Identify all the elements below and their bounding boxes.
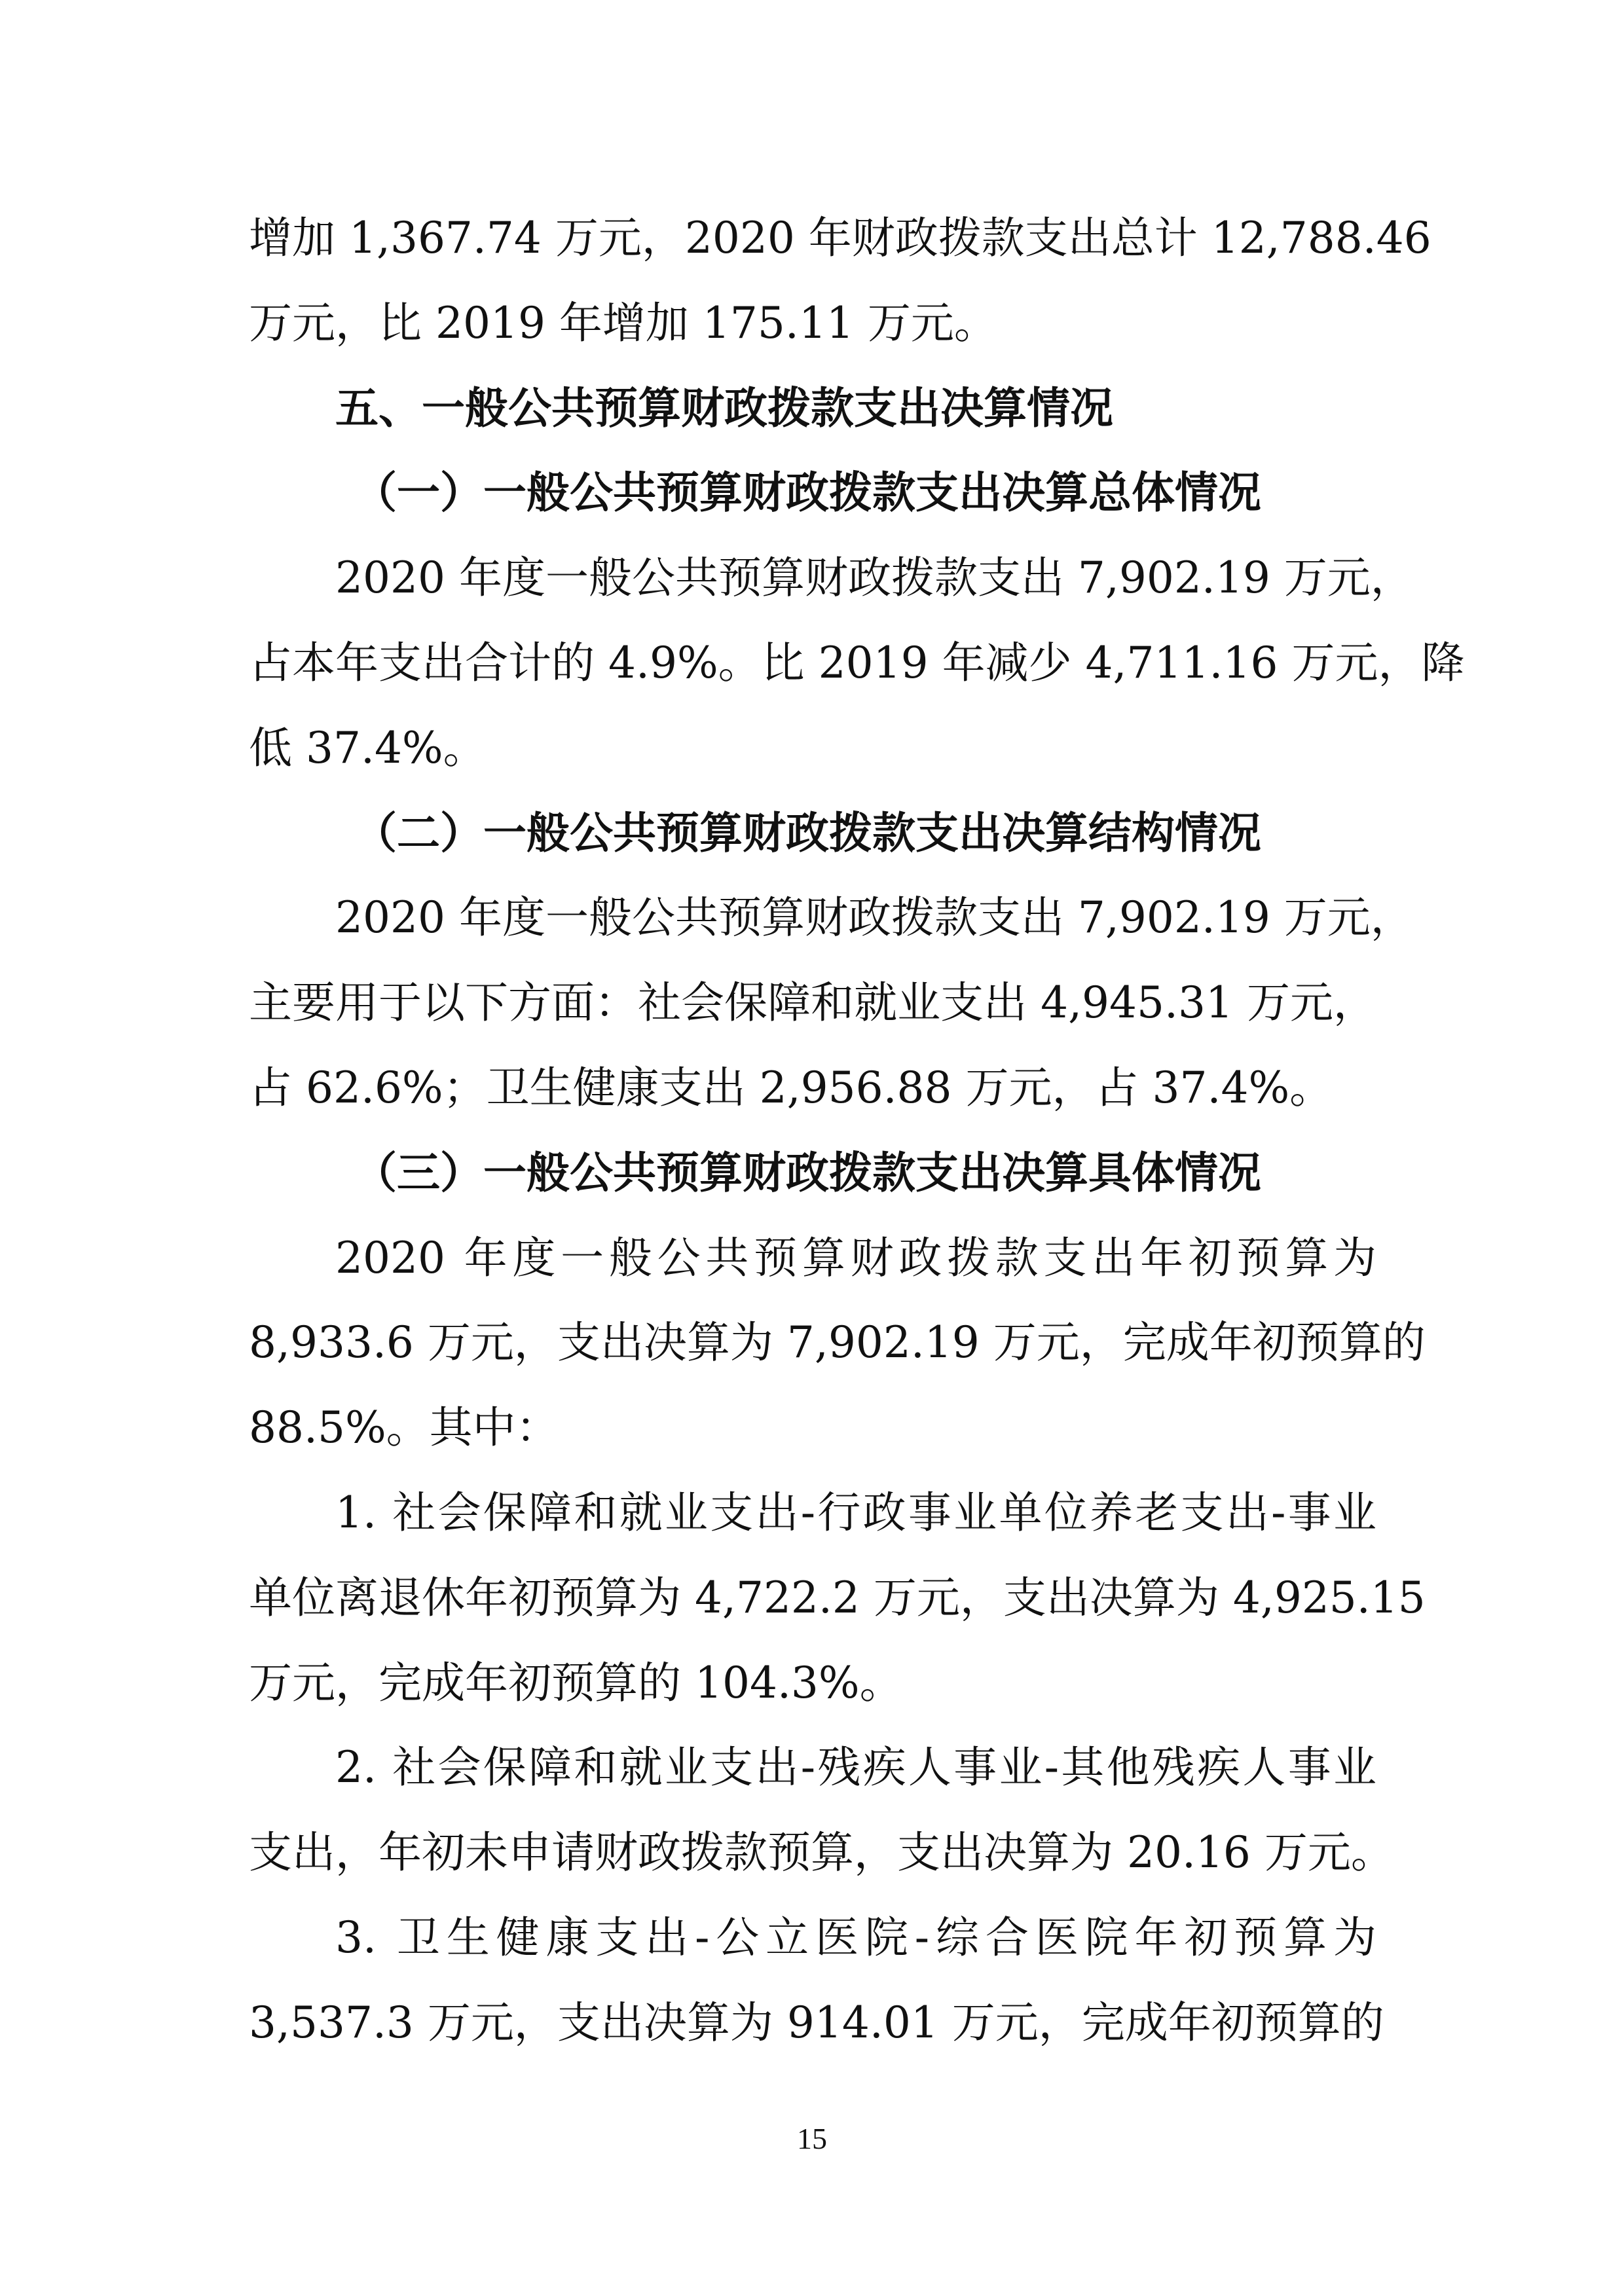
paragraph-line: 增加 1,367.74 万元，2020 年财政拨款支出总计 12,788.46 — [249, 196, 1376, 281]
section-heading: 五、一般公共预算财政拨款支出决算情况 — [249, 366, 1376, 451]
list-item-line: 万元，完成年初预算的 104.3%。 — [249, 1641, 1376, 1726]
paragraph-line: 2020 年度一般公共预算财政拨款支出 7,902.19 万元， — [249, 875, 1376, 960]
document-page: 增加 1,367.74 万元，2020 年财政拨款支出总计 12,788.46 … — [0, 0, 1624, 2296]
list-item-line: 2. 社会保障和就业支出-残疾人事业-其他残疾人事业 — [249, 1725, 1376, 1810]
paragraph-line: 2020 年度一般公共预算财政拨款支出 7,902.19 万元， — [249, 536, 1376, 621]
document-body: 增加 1,367.74 万元，2020 年财政拨款支出总计 12,788.46 … — [249, 196, 1376, 2066]
paragraph-line: 低 37.4%。 — [249, 706, 1376, 791]
paragraph-line: 8,933.6 万元，支出决算为 7,902.19 万元，完成年初预算的 — [249, 1300, 1376, 1385]
subsection-heading: （一）一般公共预算财政拨款支出决算总体情况 — [249, 450, 1376, 536]
list-item-line: 单位离退休年初预算为 4,722.2 万元，支出决算为 4,925.15 — [249, 1556, 1376, 1641]
paragraph-line: 万元，比 2019 年增加 175.11 万元。 — [249, 281, 1376, 366]
paragraph-line: 占 62.6%；卫生健康支出 2,956.88 万元，占 37.4%。 — [249, 1046, 1376, 1131]
page-number: 15 — [0, 2121, 1624, 2156]
list-item-line: 1. 社会保障和就业支出-行政事业单位养老支出-事业 — [249, 1470, 1376, 1556]
subsection-heading: （三）一般公共预算财政拨款支出决算具体情况 — [249, 1131, 1376, 1216]
paragraph-line: 88.5%。其中： — [249, 1385, 1376, 1470]
list-item-line: 3,537.3 万元，支出决算为 914.01 万元，完成年初预算的 — [249, 1980, 1376, 2066]
paragraph-line: 2020 年度一般公共预算财政拨款支出年初预算为 — [249, 1216, 1376, 1301]
paragraph-line: 占本年支出合计的 4.9%。比 2019 年减少 4,711.16 万元，降 — [249, 621, 1376, 706]
paragraph-line: 主要用于以下方面：社会保障和就业支出 4,945.31 万元， — [249, 960, 1376, 1046]
list-item-line: 3. 卫生健康支出-公立医院-综合医院年初预算为 — [249, 1895, 1376, 1980]
list-item-line: 支出，年初未申请财政拨款预算，支出决算为 20.16 万元。 — [249, 1810, 1376, 1895]
subsection-heading: （二）一般公共预算财政拨款支出决算结构情况 — [249, 791, 1376, 876]
